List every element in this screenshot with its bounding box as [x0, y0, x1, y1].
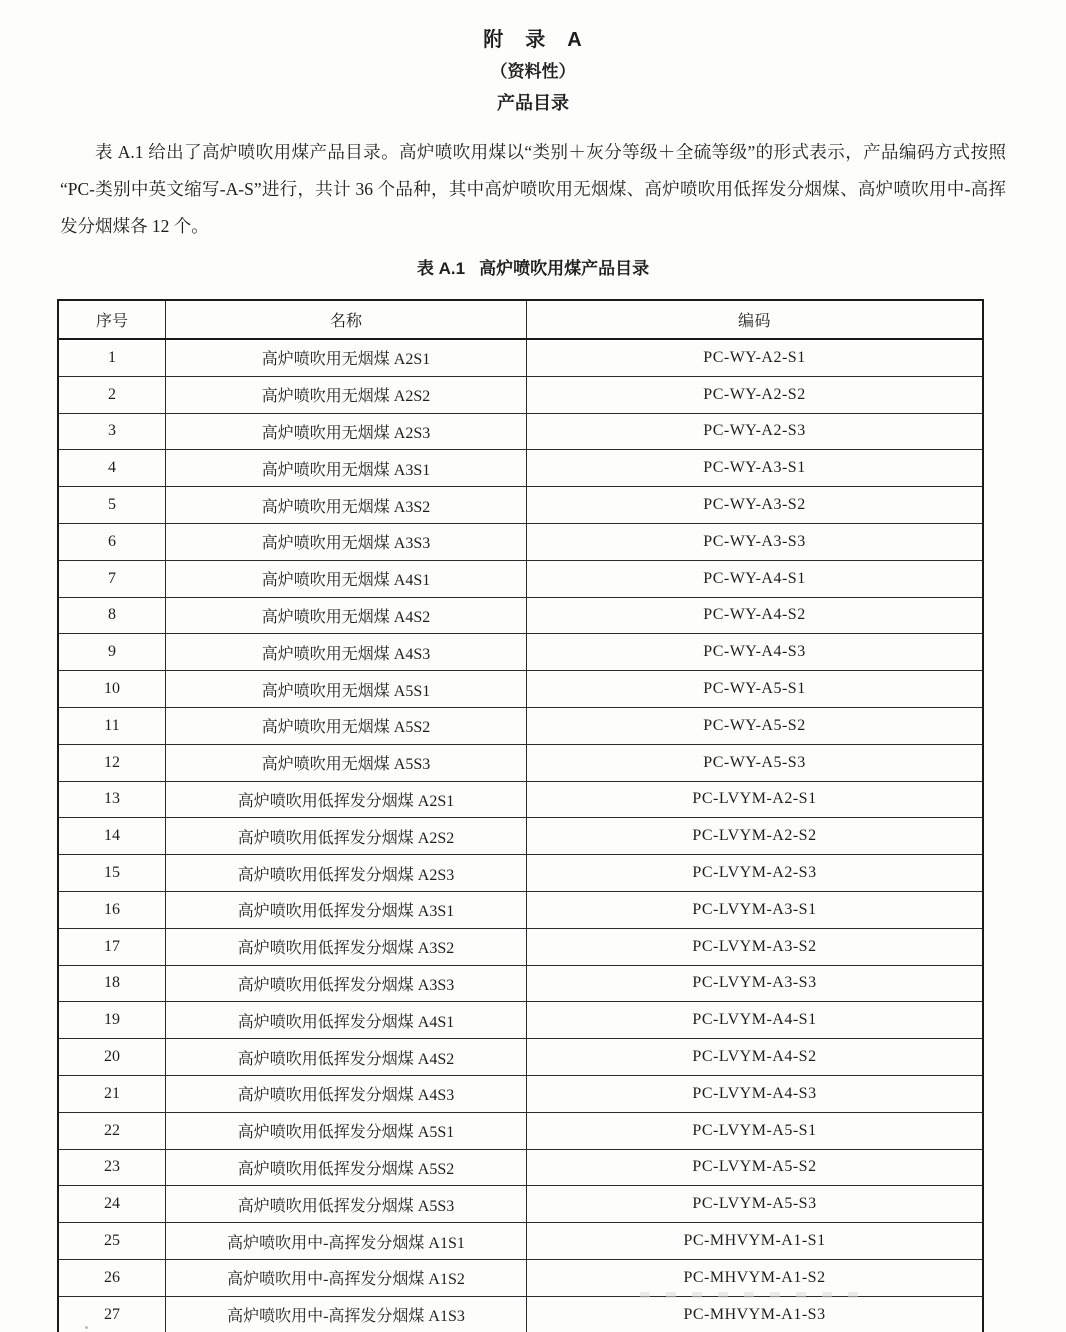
- name-cell: 高炉喷吹用低挥发分烟煤 A3S1: [166, 891, 527, 928]
- appendix-title: 附 录 A: [0, 28, 1066, 52]
- intro-paragraph: 表 A.1 给出了高炉喷吹用煤产品目录。高炉喷吹用煤以“类别＋灰分等级＋全硫等级…: [60, 134, 1006, 245]
- table-row: 3高炉喷吹用无烟煤 A2S3PC-WY-A2-S3: [58, 413, 983, 450]
- code-cell: PC-LVYM-A3-S1: [527, 891, 984, 928]
- table-row: 22高炉喷吹用低挥发分烟煤 A5S1PC-LVYM-A5-S1: [58, 1112, 983, 1149]
- table-row: 26高炉喷吹用中-高挥发分烟煤 A1S2PC-MHVYM-A1-S2: [58, 1259, 983, 1296]
- name-cell: 高炉喷吹用低挥发分烟煤 A3S2: [166, 928, 527, 965]
- appendix-headings: 附 录 A （资料性） 产品目录: [0, 0, 1066, 114]
- row-number-cell: 8: [58, 597, 166, 634]
- row-number-cell: 25: [58, 1223, 166, 1260]
- name-cell: 高炉喷吹用低挥发分烟煤 A2S1: [166, 781, 527, 818]
- table-row: 19高炉喷吹用低挥发分烟煤 A4S1PC-LVYM-A4-S1: [58, 1002, 983, 1039]
- row-number-cell: 20: [58, 1039, 166, 1076]
- code-cell: PC-WY-A3-S3: [527, 523, 984, 560]
- code-cell: PC-WY-A3-S2: [527, 487, 984, 524]
- row-number-cell: 19: [58, 1002, 166, 1039]
- name-cell: 高炉喷吹用无烟煤 A5S3: [166, 744, 527, 781]
- table-row: 9高炉喷吹用无烟煤 A4S3PC-WY-A4-S3: [58, 634, 983, 671]
- name-cell: 高炉喷吹用低挥发分烟煤 A5S2: [166, 1149, 527, 1186]
- table-header: 序号 名称 编码: [58, 300, 983, 339]
- row-number-cell: 11: [58, 707, 166, 744]
- header-cell-code: 编码: [527, 300, 984, 339]
- row-number-cell: 3: [58, 413, 166, 450]
- name-cell: 高炉喷吹用无烟煤 A5S2: [166, 707, 527, 744]
- row-number-cell: 7: [58, 560, 166, 597]
- row-number-cell: 14: [58, 818, 166, 855]
- row-number-cell: 13: [58, 781, 166, 818]
- code-cell: PC-WY-A5-S2: [527, 707, 984, 744]
- name-cell: 高炉喷吹用无烟煤 A4S1: [166, 560, 527, 597]
- code-cell: PC-MHVYM-A1-S3: [527, 1296, 984, 1332]
- table-row: 24高炉喷吹用低挥发分烟煤 A5S3PC-LVYM-A5-S3: [58, 1186, 983, 1223]
- table-row: 27高炉喷吹用中-高挥发分烟煤 A1S3PC-MHVYM-A1-S3: [58, 1296, 983, 1332]
- table-row: 16高炉喷吹用低挥发分烟煤 A3S1PC-LVYM-A3-S1: [58, 891, 983, 928]
- code-cell: PC-WY-A4-S3: [527, 634, 984, 671]
- name-cell: 高炉喷吹用低挥发分烟煤 A5S3: [166, 1186, 527, 1223]
- name-cell: 高炉喷吹用低挥发分烟煤 A5S1: [166, 1112, 527, 1149]
- code-cell: PC-WY-A4-S2: [527, 597, 984, 634]
- name-cell: 高炉喷吹用低挥发分烟煤 A4S1: [166, 1002, 527, 1039]
- table-row: 15高炉喷吹用低挥发分烟煤 A2S3PC-LVYM-A2-S3: [58, 855, 983, 892]
- table-row: 7高炉喷吹用无烟煤 A4S1PC-WY-A4-S1: [58, 560, 983, 597]
- code-cell: PC-LVYM-A3-S3: [527, 965, 984, 1002]
- code-cell: PC-LVYM-A5-S3: [527, 1186, 984, 1223]
- code-cell: PC-LVYM-A5-S2: [527, 1149, 984, 1186]
- row-number-cell: 5: [58, 487, 166, 524]
- row-number-cell: 4: [58, 450, 166, 487]
- name-cell: 高炉喷吹用无烟煤 A5S1: [166, 671, 527, 708]
- code-cell: PC-WY-A3-S1: [527, 450, 984, 487]
- table-row: 1高炉喷吹用无烟煤 A2S1PC-WY-A2-S1: [58, 339, 983, 376]
- table-caption-label: 表 A.1: [417, 259, 465, 278]
- table-row: 25高炉喷吹用中-高挥发分烟煤 A1S1PC-MHVYM-A1-S1: [58, 1223, 983, 1260]
- header-cell-no: 序号: [58, 300, 166, 339]
- row-number-cell: 17: [58, 928, 166, 965]
- code-cell: PC-LVYM-A5-S1: [527, 1112, 984, 1149]
- table-row: 13高炉喷吹用低挥发分烟煤 A2S1PC-LVYM-A2-S1: [58, 781, 983, 818]
- name-cell: 高炉喷吹用低挥发分烟煤 A2S3: [166, 855, 527, 892]
- name-cell: 高炉喷吹用无烟煤 A2S2: [166, 376, 527, 413]
- header-cell-name: 名称: [166, 300, 527, 339]
- row-number-cell: 15: [58, 855, 166, 892]
- table-row: 18高炉喷吹用低挥发分烟煤 A3S3PC-LVYM-A3-S3: [58, 965, 983, 1002]
- name-cell: 高炉喷吹用无烟煤 A3S1: [166, 450, 527, 487]
- code-cell: PC-WY-A2-S1: [527, 339, 984, 376]
- code-cell: PC-LVYM-A4-S2: [527, 1039, 984, 1076]
- row-number-cell: 26: [58, 1259, 166, 1296]
- row-number-cell: 27: [58, 1296, 166, 1332]
- table-row: 23高炉喷吹用低挥发分烟煤 A5S2PC-LVYM-A5-S2: [58, 1149, 983, 1186]
- table-row: 20高炉喷吹用低挥发分烟煤 A4S2PC-LVYM-A4-S2: [58, 1039, 983, 1076]
- header-row: 序号 名称 编码: [58, 300, 983, 339]
- code-cell: PC-LVYM-A4-S1: [527, 1002, 984, 1039]
- row-number-cell: 23: [58, 1149, 166, 1186]
- catalog-table-body: 1高炉喷吹用无烟煤 A2S1PC-WY-A2-S12高炉喷吹用无烟煤 A2S2P…: [58, 339, 983, 1332]
- code-cell: PC-MHVYM-A1-S1: [527, 1223, 984, 1260]
- code-cell: PC-LVYM-A2-S3: [527, 855, 984, 892]
- code-cell: PC-WY-A4-S1: [527, 560, 984, 597]
- row-number-cell: 9: [58, 634, 166, 671]
- row-number-cell: 2: [58, 376, 166, 413]
- name-cell: 高炉喷吹用中-高挥发分烟煤 A1S3: [166, 1296, 527, 1332]
- row-number-cell: 16: [58, 891, 166, 928]
- table-row: 21高炉喷吹用低挥发分烟煤 A4S3PC-LVYM-A4-S3: [58, 1075, 983, 1112]
- name-cell: 高炉喷吹用中-高挥发分烟煤 A1S1: [166, 1223, 527, 1260]
- row-number-cell: 21: [58, 1075, 166, 1112]
- name-cell: 高炉喷吹用无烟煤 A4S3: [166, 634, 527, 671]
- appendix-heading: 产品目录: [0, 92, 1066, 114]
- table-row: 10高炉喷吹用无烟煤 A5S1PC-WY-A5-S1: [58, 671, 983, 708]
- code-cell: PC-LVYM-A4-S3: [527, 1075, 984, 1112]
- name-cell: 高炉喷吹用低挥发分烟煤 A3S3: [166, 965, 527, 1002]
- table-row: 14高炉喷吹用低挥发分烟煤 A2S2PC-LVYM-A2-S2: [58, 818, 983, 855]
- document-page: 附 录 A （资料性） 产品目录 表 A.1 给出了高炉喷吹用煤产品目录。高炉喷…: [0, 0, 1066, 1332]
- table-row: 6高炉喷吹用无烟煤 A3S3PC-WY-A3-S3: [58, 523, 983, 560]
- code-cell: PC-WY-A2-S3: [527, 413, 984, 450]
- code-cell: PC-LVYM-A2-S2: [527, 818, 984, 855]
- row-number-cell: 12: [58, 744, 166, 781]
- table-row: 5高炉喷吹用无烟煤 A3S2PC-WY-A3-S2: [58, 487, 983, 524]
- row-number-cell: 22: [58, 1112, 166, 1149]
- scan-speckle: [85, 1326, 88, 1329]
- name-cell: 高炉喷吹用无烟煤 A2S3: [166, 413, 527, 450]
- row-number-cell: 18: [58, 965, 166, 1002]
- table-caption: 表 A.1高炉喷吹用煤产品目录: [0, 257, 1066, 281]
- code-cell: PC-LVYM-A2-S1: [527, 781, 984, 818]
- code-cell: PC-WY-A2-S2: [527, 376, 984, 413]
- table-caption-title: 高炉喷吹用煤产品目录: [479, 259, 649, 278]
- name-cell: 高炉喷吹用无烟煤 A2S1: [166, 339, 527, 376]
- table-row: 17高炉喷吹用低挥发分烟煤 A3S2PC-LVYM-A3-S2: [58, 928, 983, 965]
- appendix-subtitle: （资料性）: [0, 61, 1066, 83]
- name-cell: 高炉喷吹用低挥发分烟煤 A2S2: [166, 818, 527, 855]
- row-number-cell: 6: [58, 523, 166, 560]
- name-cell: 高炉喷吹用无烟煤 A3S3: [166, 523, 527, 560]
- table-row: 2高炉喷吹用无烟煤 A2S2PC-WY-A2-S2: [58, 376, 983, 413]
- table-row: 4高炉喷吹用无烟煤 A3S1PC-WY-A3-S1: [58, 450, 983, 487]
- row-number-cell: 24: [58, 1186, 166, 1223]
- name-cell: 高炉喷吹用无烟煤 A4S2: [166, 597, 527, 634]
- row-number-cell: 10: [58, 671, 166, 708]
- name-cell: 高炉喷吹用低挥发分烟煤 A4S3: [166, 1075, 527, 1112]
- code-cell: PC-LVYM-A3-S2: [527, 928, 984, 965]
- code-cell: PC-WY-A5-S3: [527, 744, 984, 781]
- table-row: 12高炉喷吹用无烟煤 A5S3PC-WY-A5-S3: [58, 744, 983, 781]
- name-cell: 高炉喷吹用中-高挥发分烟煤 A1S2: [166, 1259, 527, 1296]
- code-cell: PC-MHVYM-A1-S2: [527, 1259, 984, 1296]
- table-row: 11高炉喷吹用无烟煤 A5S2PC-WY-A5-S2: [58, 707, 983, 744]
- name-cell: 高炉喷吹用低挥发分烟煤 A4S2: [166, 1039, 527, 1076]
- name-cell: 高炉喷吹用无烟煤 A3S2: [166, 487, 527, 524]
- product-catalog-table: 序号 名称 编码 1高炉喷吹用无烟煤 A2S1PC-WY-A2-S12高炉喷吹用…: [57, 299, 984, 1332]
- row-number-cell: 1: [58, 339, 166, 376]
- table-row: 8高炉喷吹用无烟煤 A4S2PC-WY-A4-S2: [58, 597, 983, 634]
- code-cell: PC-WY-A5-S1: [527, 671, 984, 708]
